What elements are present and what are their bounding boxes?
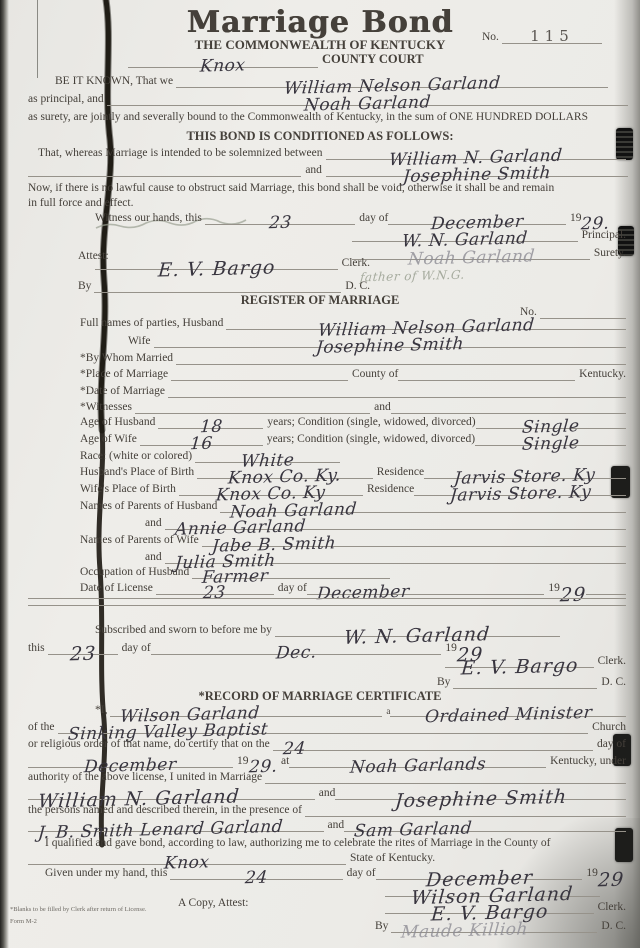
- license-date-row: Date of License 23 day of December 19 29: [80, 579, 626, 595]
- sworn-day-handwritten: 23: [69, 649, 96, 661]
- minister-signature-row: Wilson Garland: [385, 881, 600, 897]
- husband-birth-row: Husband's Place of Birth Knox Co. Ky. Re…: [80, 463, 626, 479]
- register-wife-row: Wife Josephine Smith: [128, 332, 626, 348]
- surety-pencil-note: father of W.N.G.: [360, 262, 530, 278]
- wife-birth-row: Wife's Place of Birth Knox Co. Ky Reside…: [80, 480, 626, 496]
- sworn-row: Subscribed and sworn to before me by W. …: [95, 621, 560, 637]
- surety-clause: as surety, are jointly and severally bou…: [28, 107, 588, 123]
- occupation-row: Occupation of Husband Farmer: [80, 563, 390, 579]
- attest-clerk-row: E. V. Bargo Clerk.: [95, 254, 370, 270]
- date-of-marriage-row: *Date of Marriage: [80, 382, 626, 398]
- microfilm-mark: [615, 828, 633, 862]
- conditioned-heading: THIS BOND IS CONDITIONED AS FOLLOWS:: [0, 128, 640, 144]
- husband-parents-row: Names of Parents of Husband Noah Garland: [80, 497, 626, 513]
- sworn-clerk-row: E. V. Bargo Clerk.: [445, 652, 626, 668]
- solemnized-row: That, whereas Marriage is intended to be…: [38, 144, 626, 160]
- document-title-text: Marriage Bond: [187, 5, 454, 40]
- attest-clerk-signature: E. V. Bargo: [157, 262, 275, 276]
- county-court-label: COUNTY COURT: [318, 52, 424, 68]
- license-year-handwritten: 29: [559, 590, 586, 602]
- cert-witnesses-row: J. B. Smith Lenard Garland and Sam Garla…: [28, 816, 626, 832]
- register-husband-row: Full names of parties, Husband William N…: [80, 314, 626, 330]
- church-row: of the Sinking Valley Baptist Church: [28, 718, 626, 734]
- deputy-row: By Maude Killioh D. C.: [375, 917, 626, 933]
- qualified-row: I qualified and gave bond, according to …: [45, 833, 550, 849]
- footer-note: *Blanks to be filled by Clerk after retu…: [10, 904, 146, 913]
- sworn-date-row: this 23 day of Dec. 19 29: [28, 639, 483, 655]
- surety-signature-row: Noah Garland Surety.: [352, 244, 626, 260]
- footer-form-number: Form M-2: [10, 916, 37, 925]
- given-day-handwritten: 24: [245, 873, 269, 885]
- section-divider: [28, 605, 626, 606]
- age-wife-row: Age of Wife 16 years; Condition (single,…: [80, 430, 626, 446]
- sworn-month-handwritten: Dec.: [275, 647, 316, 659]
- by-whom-married-row: *By Whom Married: [80, 349, 626, 365]
- county-court-row: Knox COUNTY COURT: [128, 52, 400, 68]
- and-bride-row: and Josephine Smith: [28, 161, 628, 177]
- copy-attest-label: A Copy, Attest:: [178, 893, 249, 909]
- as-principal-row: as principal, and Noah Garland: [28, 90, 628, 106]
- deputy-signature: Maude Killioh: [401, 924, 529, 938]
- age-husband-row: Age of Husband 18 years; Condition (sing…: [80, 413, 626, 429]
- marriage-bond-document: Marriage Bond No. 115 THE COMMONWEALTH O…: [0, 0, 640, 948]
- void-clause-2: in full force and effect.: [28, 193, 133, 209]
- cert-couple-row: William N. Garland and Josephine Smith: [28, 784, 626, 800]
- void-clause-1: Now, if there is no lawful cause to obst…: [28, 178, 554, 194]
- wife-parents-row: Names of Parents of Wife Jabe B. Smith: [80, 531, 626, 547]
- certify-row: or religious order of that name, do cert…: [28, 735, 626, 751]
- witness-date-row: Witness our hands, this 23 day of Decemb…: [95, 209, 610, 225]
- principal-signature-row: W. N. Garland Principal.: [352, 226, 626, 242]
- sworn-by-row: By D. C.: [437, 673, 626, 689]
- be-it-known-row: BE IT KNOWN, That we William Nelson Garl…: [55, 72, 608, 88]
- minister-row: *I, Wilson Garland a Ordained Minister: [95, 701, 626, 717]
- copy-clerk-row: E. V. Bargo Clerk.: [385, 898, 626, 914]
- cert-month-row: December 19 29. at Noah Garlands Kentuck…: [28, 752, 626, 768]
- given-row: Given under my hand, this 24 day of Dece…: [45, 864, 624, 880]
- race-row: Race: (white or colored) White: [80, 447, 340, 463]
- authority-row: authority of the above license, I united…: [28, 768, 626, 784]
- section-divider: [28, 598, 626, 599]
- witness-day-handwritten: 23: [268, 218, 292, 230]
- given-year-handwritten: 29: [597, 875, 624, 887]
- commonwealth-heading: THE COMMONWEALTH OF KENTUCKY: [0, 37, 640, 53]
- husband-parent2-row: and Annie Garland: [145, 514, 626, 530]
- bond-by-row: By D. C.: [78, 277, 370, 293]
- place-of-marriage-row: *Place of Marriage County of Kentucky.: [80, 365, 626, 381]
- condition-wife-handwritten: Single: [521, 438, 579, 451]
